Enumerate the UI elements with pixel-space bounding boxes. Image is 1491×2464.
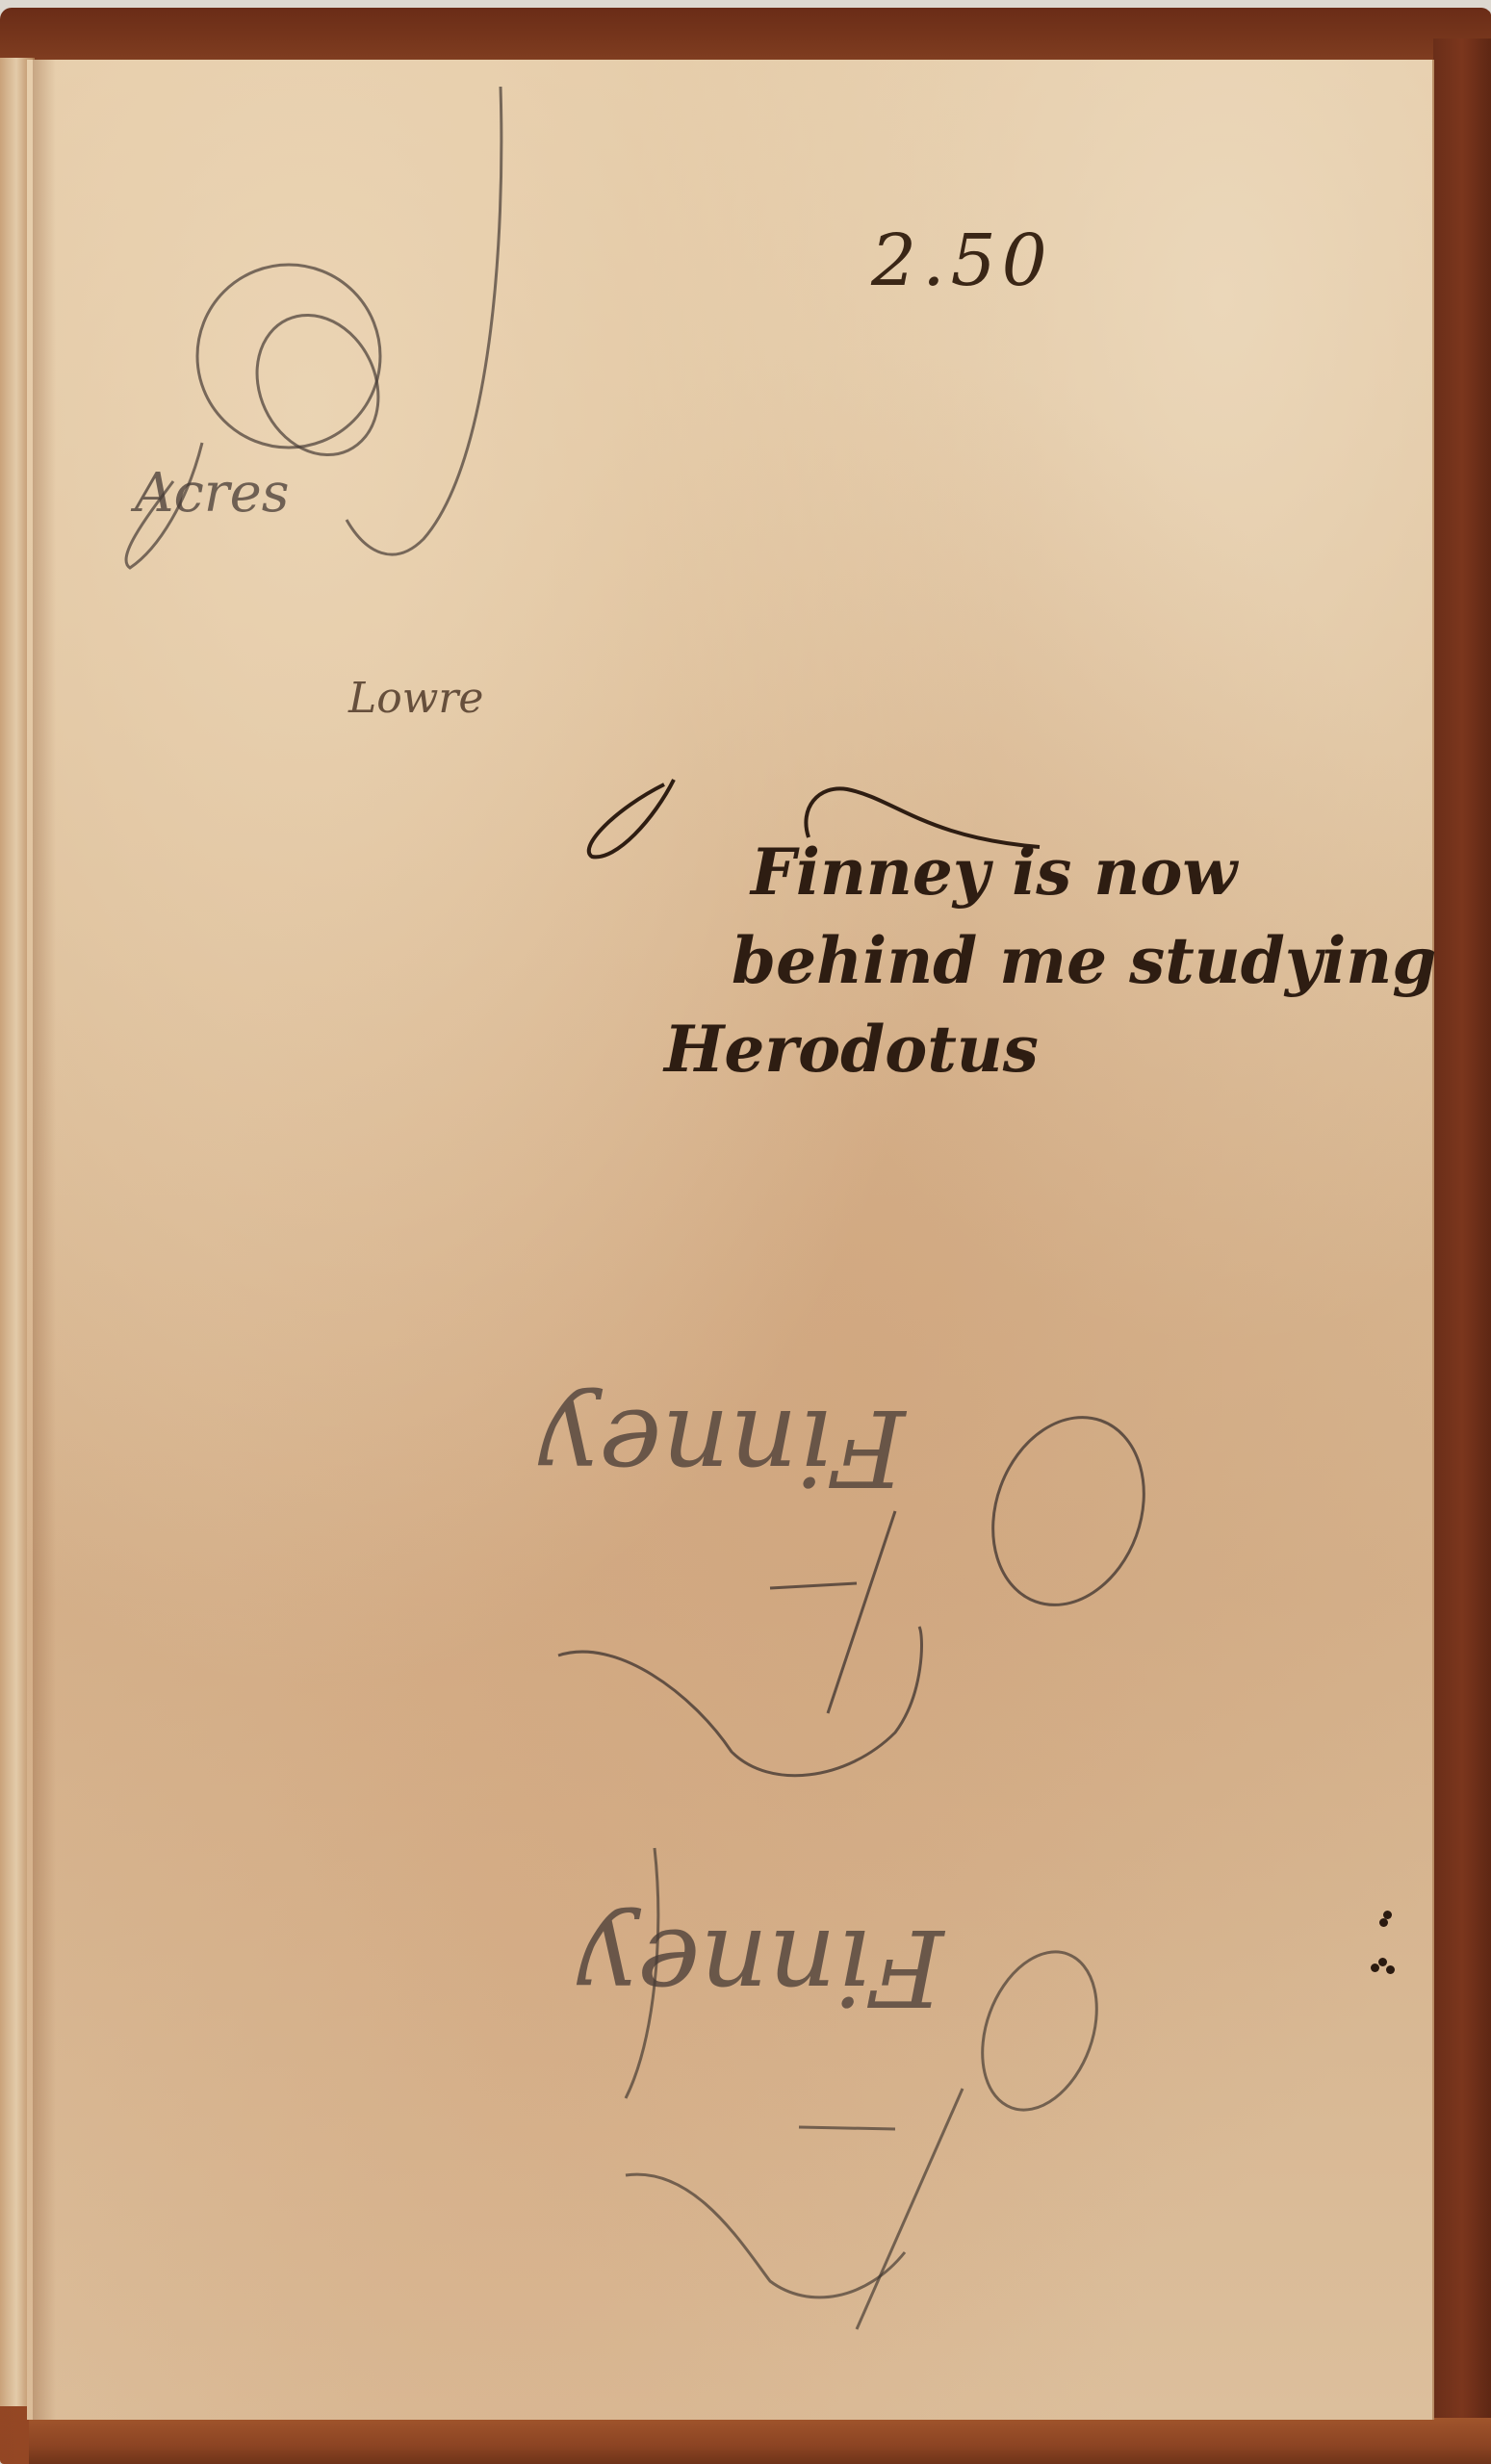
pencil-signature-upside-down-1: Finney bbox=[539, 1386, 905, 1509]
gutter-shadow bbox=[33, 60, 56, 2420]
pencil-signature-upside-down-2: Finney bbox=[578, 1906, 943, 2029]
endpaper-sheet bbox=[27, 60, 1434, 2420]
inscription-line-1: Finney is now bbox=[751, 828, 1436, 916]
binding-bottom-edge bbox=[29, 2418, 1491, 2464]
inscription-line-3: Herodotus bbox=[664, 1005, 1436, 1093]
inscription-line-2: behind me studying bbox=[732, 916, 1436, 1005]
price-note: 2.50 bbox=[871, 219, 1053, 302]
ink-word-lowre: Lowre bbox=[348, 674, 483, 723]
book-endpaper-photo: 2.50 Acres Lowre Finney is now behind me… bbox=[0, 0, 1491, 2464]
binding-right-edge bbox=[1433, 38, 1491, 2464]
pencil-word-acres: Acres bbox=[135, 462, 289, 525]
main-ink-inscription: Finney is now behind me studying Herodot… bbox=[751, 828, 1436, 1093]
